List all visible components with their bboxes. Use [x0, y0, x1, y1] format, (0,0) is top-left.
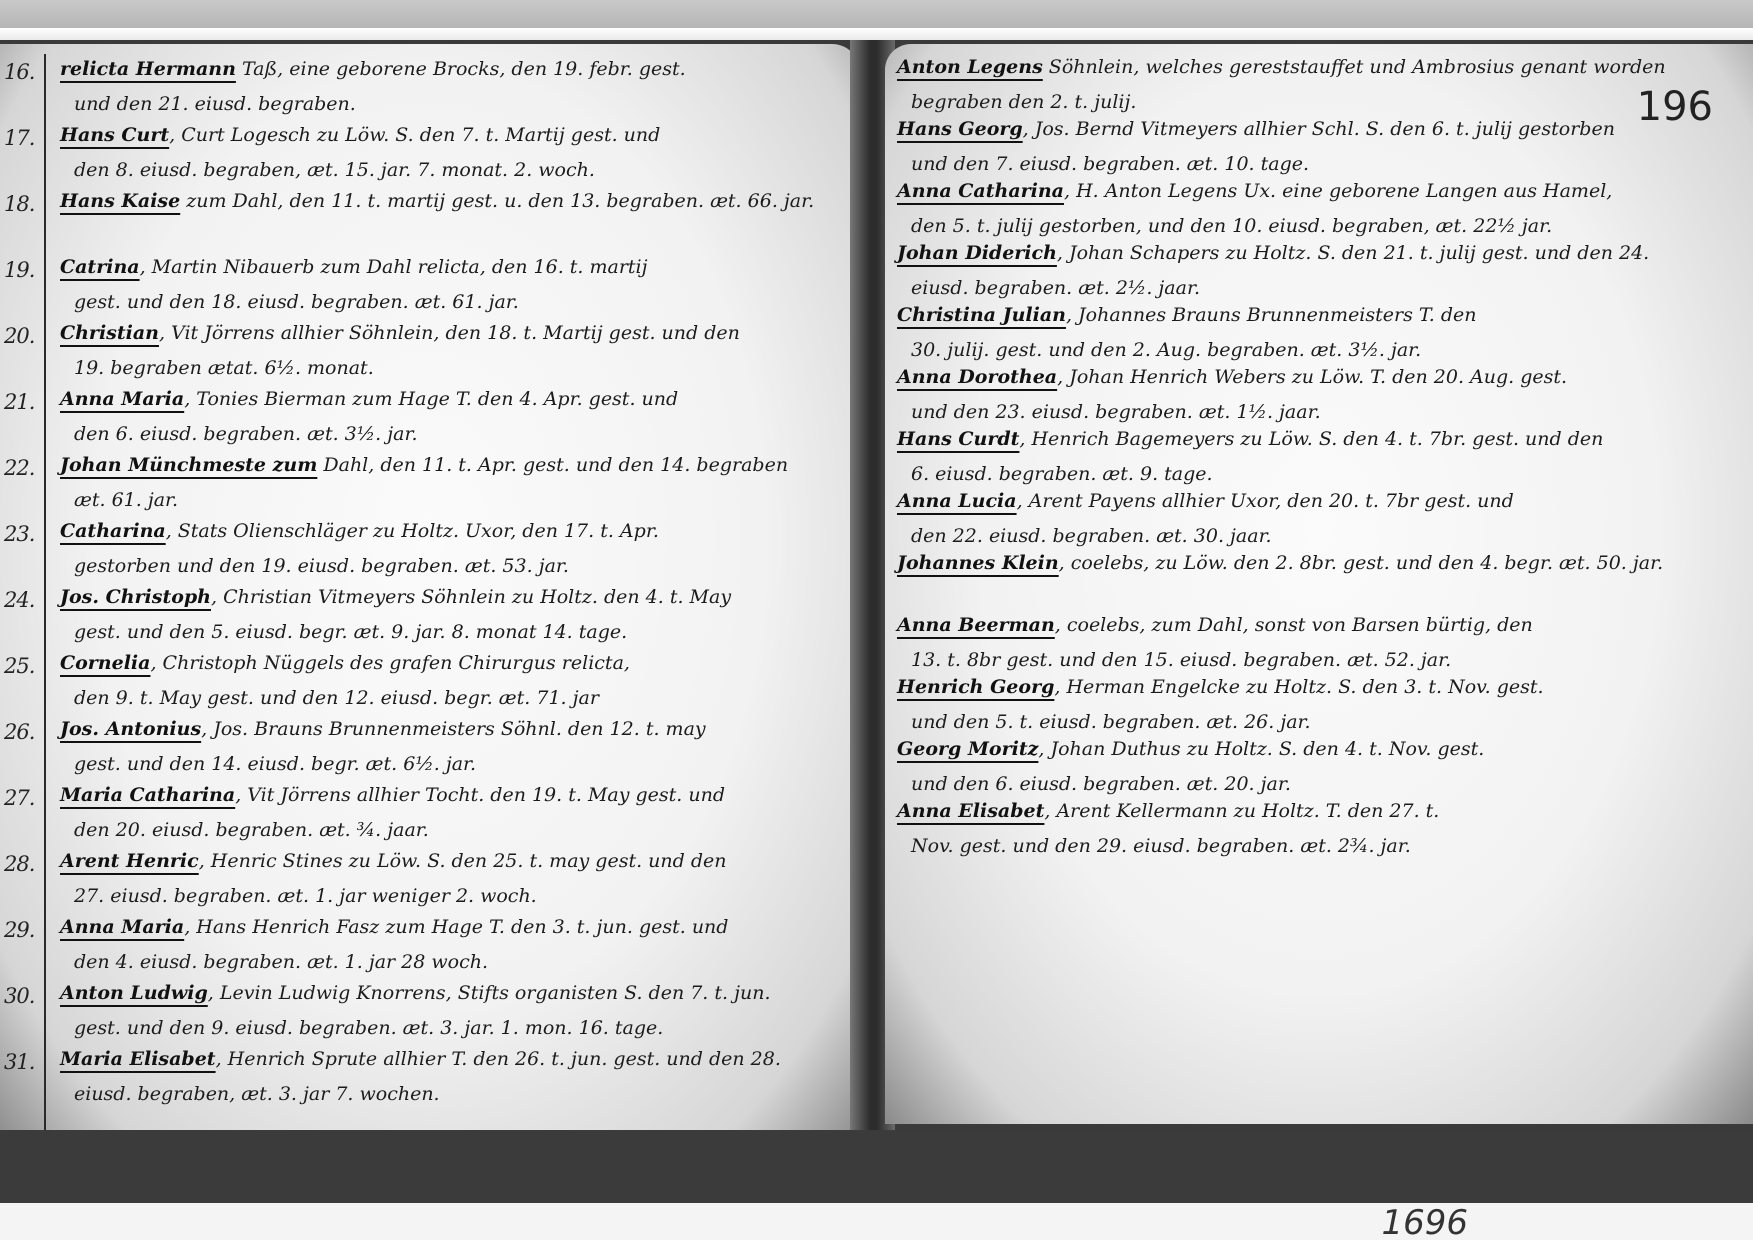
entry-line-1: , Hans Henrich Fasz zum Hage T. den 3. t…	[184, 916, 728, 938]
entry-line-2: gest. und den 5. eiusd. begr. æt. 9. jar…	[60, 615, 850, 650]
entry-line-1: , Johannes Brauns Brunnenmeisters T. den	[1066, 304, 1477, 326]
entry-text: Johan Münchmeste zum Dahl, den 11. t. Ap…	[60, 448, 850, 518]
deceased-name: Johan Diderich	[897, 242, 1057, 264]
entry-number: 31.	[4, 1050, 34, 1074]
entry-text: Johan Diderich, Johan Schapers zu Holtz.…	[897, 236, 1737, 306]
deceased-name: relicta Hermann	[60, 58, 236, 80]
entry-number: 20.	[4, 324, 34, 348]
deceased-name: Johan Münchmeste zum	[60, 454, 317, 476]
entry-line-1: , H. Anton Legens Ux. eine geborene Lang…	[1064, 180, 1612, 202]
entry-line-1: Söhnlein, welches gereststauffet und Amb…	[1043, 56, 1666, 78]
entry-text: Hans Kaise zum Dahl, den 11. t. martij g…	[60, 184, 850, 219]
deceased-name: Hans Georg	[897, 118, 1023, 140]
entry-line-1: , Martin Nibauerb zum Dahl relicta, den …	[140, 256, 648, 278]
entry-line-1: , Johan Schapers zu Holtz. S. den 21. t.…	[1057, 242, 1649, 264]
entry-number: 29.	[4, 918, 34, 942]
entry-line-1: , Jos. Bernd Vitmeyers allhier Schl. S. …	[1023, 118, 1615, 140]
deceased-name: Anna Dorothea	[897, 366, 1057, 388]
deceased-name: Jos. Antonius	[60, 718, 201, 740]
entry-number: 22.	[4, 456, 34, 480]
deceased-name: Anna Catharina	[897, 180, 1064, 202]
entry-text: Hans Curt, Curt Logesch zu Löw. S. den 7…	[60, 118, 850, 188]
entry-line-2: æt. 61. jar.	[60, 483, 850, 518]
entry-line-2: 19. begraben ætat. 6½. monat.	[60, 351, 850, 386]
margin-rule	[44, 54, 46, 1134]
entry-line-1: , coelebs, zu Löw. den 2. 8br. gest. und…	[1059, 552, 1663, 574]
entry-number: 23.	[4, 522, 34, 546]
entry-text: Anna Lucia, Arent Payens allhier Uxor, d…	[897, 484, 1737, 554]
entry-line-2: den 20. eiusd. begraben. æt. ¾. jaar.	[60, 813, 850, 848]
entry-text: Catrina, Martin Nibauerb zum Dahl relict…	[60, 250, 850, 320]
left-page: 16.relicta Hermann Taß, eine geborene Br…	[0, 44, 860, 1144]
entry-line-1: , Henric Stines zu Löw. S. den 25. t. ma…	[199, 850, 727, 872]
entry-line-1: , Herman Engelcke zu Holtz. S. den 3. t.…	[1054, 676, 1543, 698]
entry-line-2: gest. und den 9. eiusd. begraben. æt. 3.…	[60, 1011, 850, 1046]
entry-line-1: , Jos. Brauns Brunnenmeisters Söhnl. den…	[201, 718, 706, 740]
entry-line-1: , coelebs, zum Dahl, sonst von Barsen bü…	[1055, 614, 1533, 636]
entry-text: Jos. Antonius, Jos. Brauns Brunnenmeiste…	[60, 712, 850, 782]
deceased-name: Jos. Christoph	[60, 586, 211, 608]
entry-line-2: und den 21. eiusd. begraben.	[60, 87, 850, 122]
entry-line-1: Taß, eine geborene Brocks, den 19. febr.…	[236, 58, 686, 80]
deceased-name: Anna Maria	[60, 388, 184, 410]
entry-text: Catharina, Stats Olienschläger zu Holtz.…	[60, 514, 850, 584]
entry-line-1: , Christian Vitmeyers Söhnlein zu Holtz.…	[211, 586, 731, 608]
scan-top-edge	[0, 0, 1753, 28]
deceased-name: Maria Catharina	[60, 784, 235, 806]
deceased-name: Christina Julian	[897, 304, 1066, 326]
entry-line-1: , Henrich Sprute allhier T. den 26. t. j…	[216, 1048, 781, 1070]
entry-text: Anton Legens Söhnlein, welches gereststa…	[897, 50, 1737, 120]
entry-line-1: , Henrich Bagemeyers zu Löw. S. den 4. t…	[1019, 428, 1603, 450]
entry-line-2: den 8. eiusd. begraben, æt. 15. jar. 7. …	[60, 153, 850, 188]
entry-text: relicta Hermann Taß, eine geborene Brock…	[60, 52, 850, 122]
entry-line-2: den 9. t. May gest. und den 12. eiusd. b…	[60, 681, 850, 716]
deceased-name: Cornelia	[60, 652, 150, 674]
deceased-name: Hans Curdt	[897, 428, 1019, 450]
entry-line-2: den 4. eiusd. begraben. æt. 1. jar 28 wo…	[60, 945, 850, 980]
entry-line-1: , Vit Jörrens allhier Söhnlein, den 18. …	[159, 322, 740, 344]
entry-line-1: , Curt Logesch zu Löw. S. den 7. t. Mart…	[169, 124, 660, 146]
deceased-name: Henrich Georg	[897, 676, 1054, 698]
entry-text: Anna Beerman, coelebs, zum Dahl, sonst v…	[897, 608, 1737, 678]
entry-line-1: zum Dahl, den 11. t. martij gest. u. den…	[180, 190, 814, 212]
entry-text: Christina Julian, Johannes Brauns Brunne…	[897, 298, 1737, 368]
entry-line-1: , Tonies Bierman zum Hage T. den 4. Apr.…	[184, 388, 678, 410]
deceased-name: Arent Henric	[60, 850, 199, 872]
entry-text: Maria Elisabet, Henrich Sprute allhier T…	[60, 1042, 850, 1112]
entry-text: Georg Moritz, Johan Duthus zu Holtz. S. …	[897, 732, 1737, 802]
deceased-name: Anna Beerman	[897, 614, 1055, 636]
entry-number: 28.	[4, 852, 34, 876]
entry-text: Hans Curdt, Henrich Bagemeyers zu Löw. S…	[897, 422, 1737, 492]
deceased-name: Hans Kaise	[60, 190, 180, 212]
entry-line-1: , Levin Ludwig Knorrens, Stifts organist…	[208, 982, 771, 1004]
deceased-name: Hans Curt	[60, 124, 169, 146]
entry-text: Maria Catharina, Vit Jörrens allhier Toc…	[60, 778, 850, 848]
deceased-name: Johannes Klein	[897, 552, 1059, 574]
deceased-name: Maria Elisabet	[60, 1048, 216, 1070]
entry-line-1: , Johan Henrich Webers zu Löw. T. den 20…	[1057, 366, 1567, 388]
entry-text: Anna Maria, Hans Henrich Fasz zum Hage T…	[60, 910, 850, 980]
entry-text: Jos. Christoph, Christian Vitmeyers Söhn…	[60, 580, 850, 650]
deceased-name: Christian	[60, 322, 159, 344]
entry-line-2: den 6. eiusd. begraben. æt. 3½. jar.	[60, 417, 850, 452]
entry-line-1: , Vit Jörrens allhier Tocht. den 19. t. …	[235, 784, 725, 806]
entry-line-1: Dahl, den 11. t. Apr. gest. und den 14. …	[317, 454, 788, 476]
entry-text: Anna Dorothea, Johan Henrich Webers zu L…	[897, 360, 1737, 430]
entry-text: Johannes Klein, coelebs, zu Löw. den 2. …	[897, 546, 1737, 581]
entry-line-1: , Stats Olienschläger zu Holtz. Uxor, de…	[166, 520, 659, 542]
entry-number: 26.	[4, 720, 34, 744]
entry-text: Cornelia, Christoph Nüggels des grafen C…	[60, 646, 850, 716]
entry-text: Henrich Georg, Herman Engelcke zu Holtz.…	[897, 670, 1737, 740]
entry-text: Hans Georg, Jos. Bernd Vitmeyers allhier…	[897, 112, 1737, 182]
entry-text: Anna Maria, Tonies Bierman zum Hage T. d…	[60, 382, 850, 452]
entry-number: 19.	[4, 258, 34, 282]
right-page: 196 Anton Legens Söhnlein, welches geres…	[885, 44, 1753, 1124]
deceased-name: Anton Ludwig	[60, 982, 208, 1004]
register-scan: 16.relicta Hermann Taß, eine geborene Br…	[0, 40, 1753, 1200]
entry-line-1: , Johan Duthus zu Holtz. S. den 4. t. No…	[1038, 738, 1484, 760]
entry-line-2: gest. und den 18. eiusd. begraben. æt. 6…	[60, 285, 850, 320]
entry-text: Anton Ludwig, Levin Ludwig Knorrens, Sti…	[60, 976, 850, 1046]
deceased-name: Anna Lucia	[897, 490, 1017, 512]
entry-number: 16.	[4, 60, 34, 84]
entry-number: 24.	[4, 588, 34, 612]
year-annotation: 1696	[1381, 1203, 1468, 1240]
scan-bottom-edge	[0, 1130, 1753, 1205]
entry-text: Arent Henric, Henric Stines zu Löw. S. d…	[60, 844, 850, 914]
entry-number: 18.	[4, 192, 34, 216]
entry-text: Christian, Vit Jörrens allhier Söhnlein,…	[60, 316, 850, 386]
entry-number: 30.	[4, 984, 34, 1008]
deceased-name: Catrina	[60, 256, 140, 278]
deceased-name: Georg Moritz	[897, 738, 1038, 760]
entry-number: 21.	[4, 390, 34, 414]
deceased-name: Anna Maria	[60, 916, 184, 938]
entry-line-1: , Arent Kellermann zu Holtz. T. den 27. …	[1044, 800, 1439, 822]
entry-line-2: 27. eiusd. begraben. æt. 1. jar weniger …	[60, 879, 850, 914]
deceased-name: Anna Elisabet	[897, 800, 1044, 822]
entry-line-1: , Christoph Nüggels des grafen Chirurgus…	[150, 652, 629, 674]
deceased-name: Anton Legens	[897, 56, 1043, 78]
entry-number: 27.	[4, 786, 34, 810]
entry-number: 17.	[4, 126, 34, 150]
entry-text: Anna Catharina, H. Anton Legens Ux. eine…	[897, 174, 1737, 244]
deceased-name: Catharina	[60, 520, 166, 542]
scan-bottom-margin	[0, 1203, 1753, 1240]
entry-line-2: gestorben und den 19. eiusd. begraben. æ…	[60, 549, 850, 584]
entry-text: Anna Elisabet, Arent Kellermann zu Holtz…	[897, 794, 1737, 864]
entry-number: 25.	[4, 654, 34, 678]
entry-line-1: , Arent Payens allhier Uxor, den 20. t. …	[1017, 490, 1514, 512]
entry-line-2: eiusd. begraben, æt. 3. jar 7. wochen.	[60, 1077, 850, 1112]
entry-line-2: gest. und den 14. eiusd. begr. æt. 6½. j…	[60, 747, 850, 782]
entry-line-2: Nov. gest. und den 29. eiusd. begraben. …	[897, 829, 1737, 864]
